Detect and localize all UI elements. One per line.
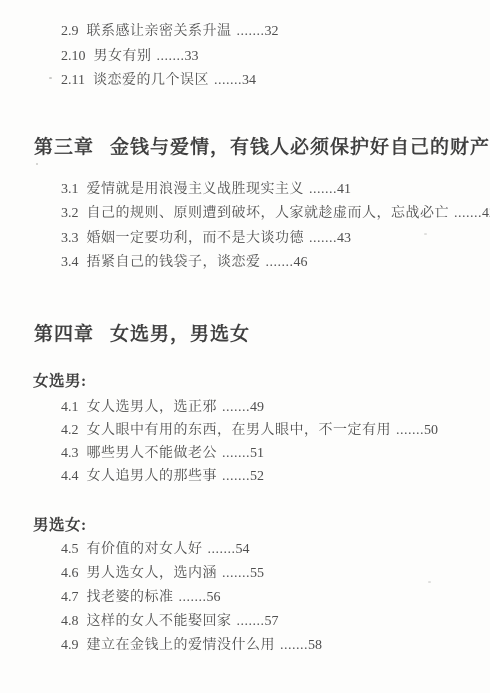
entry-title: 联系感让亲密关系升温	[87, 24, 232, 39]
entry-page-number: 43	[337, 231, 351, 246]
entry-page-number: 52	[250, 469, 264, 484]
entry-number: 4.5	[61, 542, 79, 557]
subsection-female-entries-group: 4.1女人选男人，选正邪.......49 4.2女人眼中有用的东西，在男人眼中…	[0, 396, 490, 488]
entry-number: 4.6	[61, 566, 79, 581]
chapter3-number: 第三章	[34, 137, 94, 158]
dot-leader: .......	[208, 542, 236, 557]
toc-entry: 4.2女人眼中有用的东西，在男人眼中，不一定有用.......50	[61, 419, 490, 442]
entry-title: 谈恋爱的几个误区	[93, 73, 209, 88]
toc-entry: 3.2自己的规则、原则遭到破坏，人家就趁虚而人，忘战必亡.......42	[61, 202, 490, 227]
dot-leader: .......	[179, 590, 207, 605]
entry-page-number: 54	[236, 542, 250, 557]
entry-page-number: 50	[424, 423, 438, 438]
toc-entry: 4.7找老婆的标准.......56	[61, 586, 490, 610]
toc-entry: 3.3婚姻一定要功利，而不是大谈功德.......43	[61, 227, 490, 252]
toc-entry: 2.11谈恋爱的几个误区.......34	[61, 69, 490, 94]
dot-leader: .......	[214, 73, 242, 88]
subsection-male-entries-group: 4.5有价值的对女人好.......54 4.6男人选女人，选内涵.......…	[0, 538, 490, 658]
toc-entry: 4.3哪些男人不能做老公.......51	[61, 442, 490, 465]
entry-page-number: 33	[185, 49, 199, 64]
entry-title: 捂紧自己的钱袋子，谈恋爱	[87, 255, 261, 270]
chapter2-entries-group: 2.9联系感让亲密关系升温.......32 2.10男女有别.......33…	[0, 20, 490, 94]
scan-artifact	[428, 581, 431, 583]
entry-title: 自己的规则、原则遭到破坏，人家就趁虚而人，忘战必亡	[87, 206, 450, 221]
entry-number: 4.2	[61, 423, 79, 438]
scan-artifact	[36, 163, 38, 165]
dot-leader: .......	[222, 566, 250, 581]
dot-leader: .......	[309, 182, 337, 197]
chapter3-title: 金钱与爱情，有钱人必须保护好自己的财产	[110, 137, 490, 158]
subsection-male-chooses-female-heading: 男选女:	[33, 513, 490, 538]
entry-title: 哪些男人不能做老公	[87, 446, 218, 461]
entry-title: 男女有别	[94, 49, 152, 64]
entry-title: 女人眼中有用的东西，在男人眼中，不一定有用	[87, 423, 392, 438]
entry-page-number: 41	[337, 182, 351, 197]
toc-entry: 4.4女人追男人的那些事.......52	[61, 465, 490, 488]
entry-number: 4.9	[61, 638, 79, 653]
entry-number: 4.1	[61, 400, 79, 415]
entry-page-number: 51	[250, 446, 264, 461]
entry-number: 4.3	[61, 446, 79, 461]
dot-leader: .......	[237, 24, 265, 39]
entry-title: 女人选男人，选正邪	[87, 400, 218, 415]
entry-page-number: 34	[242, 73, 256, 88]
dot-leader: .......	[222, 400, 250, 415]
entry-number: 3.1	[61, 182, 79, 197]
chapter3-entries-group: 3.1爱情就是用浪漫主义战胜现实主义.......41 3.2自己的规则、原则遭…	[0, 178, 490, 276]
dot-leader: .......	[157, 49, 185, 64]
book-toc-page: 2.9联系感让亲密关系升温.......32 2.10男女有别.......33…	[0, 0, 490, 693]
toc-entry: 3.4捂紧自己的钱袋子，谈恋爱.......46	[61, 251, 490, 276]
entry-title: 爱情就是用浪漫主义战胜现实主义	[87, 182, 305, 197]
toc-entry: 2.10男女有别.......33	[61, 45, 490, 70]
toc-entry: 2.9联系感让亲密关系升温.......32	[61, 20, 490, 45]
entry-number: 3.2	[61, 206, 79, 221]
entry-page-number: 55	[250, 566, 264, 581]
scan-artifact	[49, 77, 52, 79]
entry-number: 4.7	[61, 590, 79, 605]
dot-leader: .......	[222, 446, 250, 461]
toc-entry: 4.6男人选女人，选内涵.......55	[61, 562, 490, 586]
entry-title: 找老婆的标准	[87, 590, 174, 605]
toc-entry: 4.5有价值的对女人好.......54	[61, 538, 490, 562]
entry-title: 婚姻一定要功利，而不是大谈功德	[87, 231, 305, 246]
dot-leader: .......	[309, 231, 337, 246]
entry-page-number: 42	[482, 206, 490, 221]
toc-entry: 4.9建立在金钱上的爱情没什么用.......58	[61, 634, 490, 658]
entry-page-number: 58	[308, 638, 322, 653]
entry-title: 男人选女人，选内涵	[87, 566, 218, 581]
dot-leader: .......	[266, 255, 294, 270]
entry-page-number: 56	[207, 590, 221, 605]
entry-page-number: 32	[265, 24, 279, 39]
toc-entry: 4.1女人选男人，选正邪.......49	[61, 396, 490, 419]
chapter3-heading: 第三章金钱与爱情，有钱人必须保护好自己的财产	[34, 133, 490, 163]
entry-number: 2.11	[61, 73, 85, 88]
toc-entry: 4.8这样的女人不能娶回家.......57	[61, 610, 490, 634]
entry-page-number: 57	[265, 614, 279, 629]
dot-leader: .......	[280, 638, 308, 653]
entry-number: 2.9	[61, 24, 79, 39]
entry-number: 4.8	[61, 614, 79, 629]
entry-title: 有价值的对女人好	[87, 542, 203, 557]
dot-leader: .......	[222, 469, 250, 484]
chapter4-number: 第四章	[34, 324, 94, 345]
scan-artifact	[424, 233, 427, 235]
chapter4-title: 女选男，男选女	[110, 324, 250, 345]
entry-page-number: 49	[250, 400, 264, 415]
entry-page-number: 46	[294, 255, 308, 270]
entry-number: 4.4	[61, 469, 79, 484]
dot-leader: .......	[237, 614, 265, 629]
entry-title: 女人追男人的那些事	[87, 469, 218, 484]
subsection-female-chooses-male-heading: 女选男:	[33, 369, 490, 394]
entry-number: 3.3	[61, 231, 79, 246]
toc-entry: 3.1爱情就是用浪漫主义战胜现实主义.......41	[61, 178, 490, 203]
dot-leader: .......	[454, 206, 482, 221]
entry-number: 2.10	[61, 49, 86, 64]
entry-title: 建立在金钱上的爱情没什么用	[87, 638, 276, 653]
entry-title: 这样的女人不能娶回家	[87, 614, 232, 629]
dot-leader: .......	[396, 423, 424, 438]
chapter4-heading: 第四章女选男，男选女	[34, 320, 490, 350]
entry-number: 3.4	[61, 255, 79, 270]
